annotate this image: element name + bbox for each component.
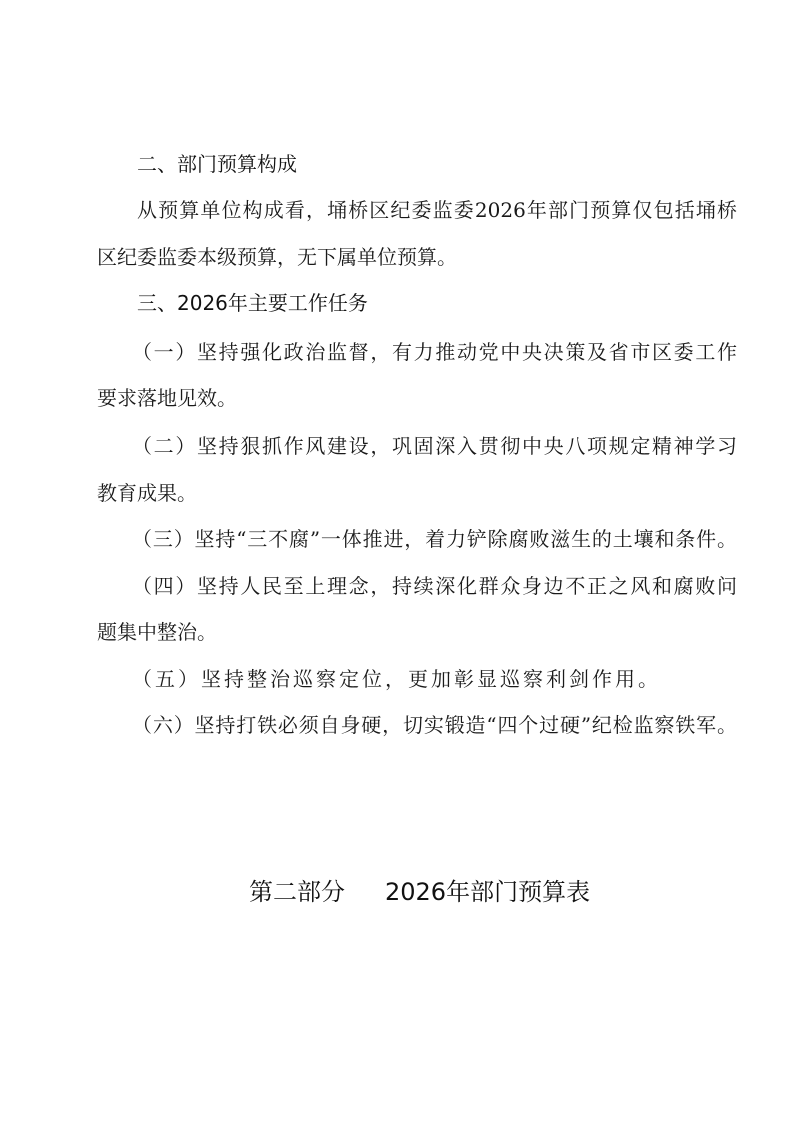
task-item-4-line: 题集中整治。 [97, 618, 217, 646]
part-title-text: 2026年部门预算表 [385, 878, 590, 906]
document-page: 二、部门预算构成 从预算单位构成看，埇桥区纪委监委2026年部门预算仅包括埇桥 … [0, 0, 793, 1122]
task-item-3-line: （三）坚持“三不腐”一体推进，着力铲除腐败滋生的土壤和条件。 [132, 525, 737, 553]
task-item-5-line: （五）坚持整治巡察定位，更加彰显巡察利剑作用。 [132, 665, 661, 693]
task-item-4-line: （四）坚持人民至上理念，持续深化群众身边不正之风和腐败问 [132, 572, 737, 600]
paragraph-line: 从预算单位构成看，埇桥区纪委监委2026年部门预算仅包括埇桥 [137, 196, 737, 224]
task-item-6-line: （六）坚持打铁必须自身硬，切实锻造“四个过硬”纪检监察铁军。 [132, 711, 737, 739]
section-heading-main-tasks: 三、2026年主要工作任务 [137, 289, 368, 317]
task-item-1-line: 要求落地见效。 [97, 384, 237, 412]
task-item-1-line: （一）坚持强化政治监督，有力推动党中央决策及省市区委工作 [132, 338, 737, 366]
part-title: 第二部分2026年部门预算表 [249, 876, 590, 908]
task-item-2-line: （二）坚持狠抓作风建设，巩固深入贯彻中央八项规定精神学习 [132, 432, 737, 460]
task-item-2-line: 教育成果。 [97, 479, 197, 507]
part-label: 第二部分 [249, 878, 345, 906]
section-heading-budget-composition: 二、部门预算构成 [137, 150, 297, 178]
paragraph-line: 区纪委监委本级预算，无下属单位预算。 [97, 243, 457, 271]
